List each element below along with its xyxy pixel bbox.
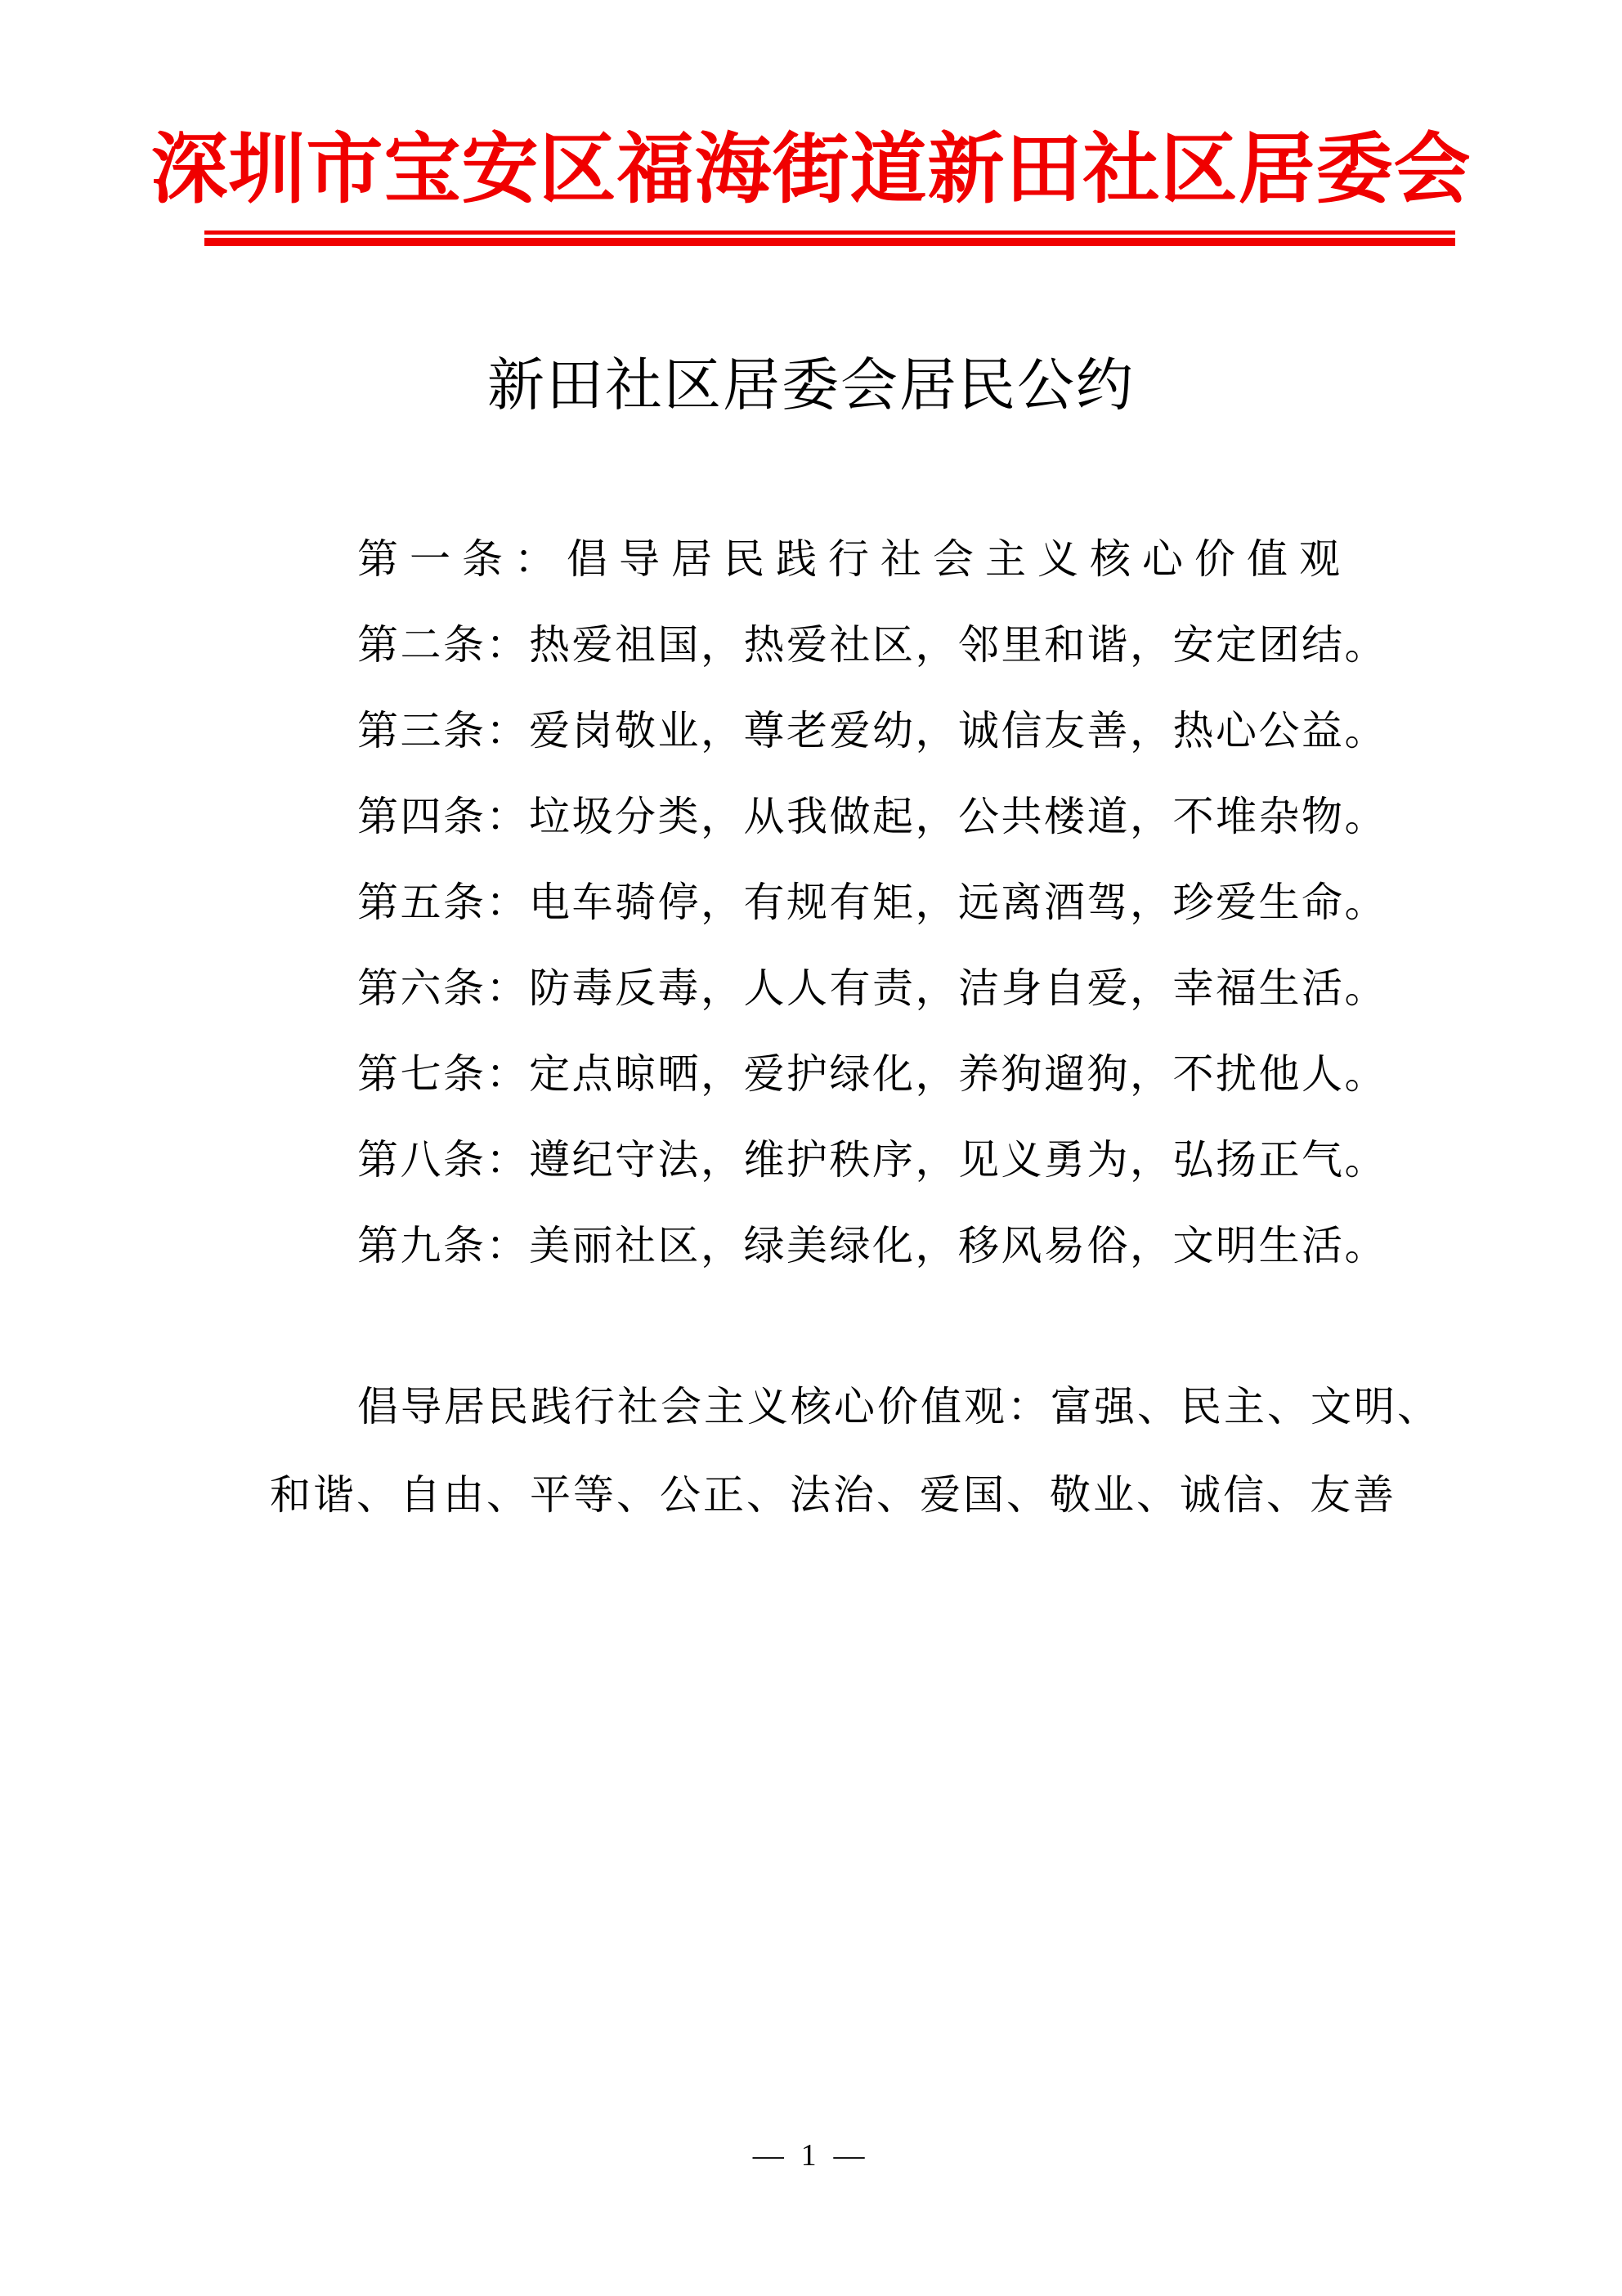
page-number: — 1 — (753, 2138, 870, 2173)
closing-paragraph-line-2: 和谐、自由、平等、公正、法治、爱国、敬业、诚信、友善 (270, 1451, 1622, 1539)
article-line-3: 第三条：爱岗敬业，尊老爱幼，诚信友善，热心公益。 (357, 688, 1622, 774)
document-title: 新田社区居委会居民公约 (0, 354, 1622, 420)
article-line-4: 第四条：垃圾分类，从我做起，公共楼道，不堆杂物。 (357, 774, 1622, 860)
closing-paragraph: 倡导居民践行社会主义核心价值观：富强、民主、文明、 和谐、自由、平等、公正、法治… (0, 1363, 1622, 1539)
article-line-8: 第八条：遵纪守法，维护秩序，见义勇为，弘扬正气。 (357, 1117, 1622, 1203)
document-body: 新田社区居委会居民公约 第一条：倡导居民践行社会主义核心价值观 第二条：热爱祖国… (0, 354, 1622, 1539)
letterhead: 深圳市宝安区福海街道新田社区居委会 (0, 0, 1622, 246)
article-line-6: 第六条：防毒反毒，人人有责，洁身自爱，幸福生活。 (357, 946, 1622, 1032)
page-footer: — 1 — (0, 2137, 1622, 2173)
closing-paragraph-line-1: 倡导居民践行社会主义核心价值观：富强、民主、文明、 (357, 1363, 1622, 1451)
article-line-1: 第一条：倡导居民践行社会主义核心价值观 (357, 517, 1622, 602)
articles-list: 第一条：倡导居民践行社会主义核心价值观 第二条：热爱祖国，热爱社区，邻里和谐，安… (0, 517, 1622, 1289)
article-line-9: 第九条：美丽社区，绿美绿化，移风易俗，文明生活。 (357, 1203, 1622, 1289)
document-page: 深圳市宝安区福海街道新田社区居委会 新田社区居委会居民公约 第一条：倡导居民践行… (0, 0, 1622, 2296)
article-line-2: 第二条：热爱祖国，热爱社区，邻里和谐，安定团结。 (357, 602, 1622, 688)
article-line-5: 第五条：电车骑停，有规有矩，远离酒驾，珍爱生命。 (357, 860, 1622, 946)
letterhead-org-name: 深圳市宝安区福海街道新田社区居委会 (0, 121, 1622, 217)
letterhead-rule-thin (204, 230, 1455, 235)
article-line-7: 第七条：定点晾晒，爱护绿化，养狗遛狗，不扰他人。 (357, 1032, 1622, 1117)
letterhead-rule-thick (204, 238, 1455, 246)
